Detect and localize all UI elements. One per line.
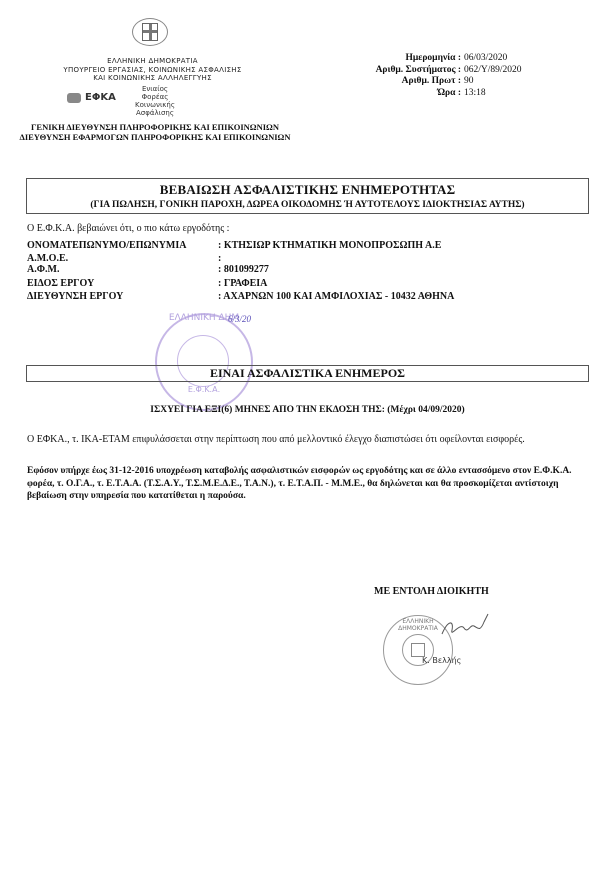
field-value: : ΚΤΗΣΙΩΡ ΚΤΗΜΑΤΙΚΗ ΜΟΝΟΠΡΟΣΩΠΗ Α.Ε	[218, 240, 441, 251]
signature-icon	[440, 612, 490, 642]
field-label: ΕΙΔΟΣ ΕΡΓΟΥ	[27, 278, 218, 289]
gov-line: ΚΑΙ ΚΟΙΝΩΝΙΚΗΣ ΑΛΛΗΛΕΓΓΥΗΣ	[0, 74, 305, 83]
gov-line: ΥΠΟΥΡΓΕΙΟ ΕΡΓΑΣΙΑΣ, ΚΟΙΝΩΝΙΚΗΣ ΑΣΦΑΛΙΣΗΣ	[0, 66, 305, 75]
meta-row-time: Ώρα : 13:18	[330, 88, 522, 100]
meta-row-date: Ημερομηνία : 06/03/2020	[330, 53, 522, 65]
signature-order: ΜΕ ΕΝΤΟΛΗ ΔΙΟΙΚΗΤΗ	[374, 586, 489, 597]
stamp-text: Ε.Φ.Κ.Α.	[157, 385, 251, 394]
field-project-type: ΕΙΔΟΣ ΕΡΓΟΥ : ΓΡΑΦΕΙΑ	[27, 275, 454, 289]
meta-label: Αριθμ. Πρωτ :	[330, 76, 464, 88]
directorate-line: ΓΕΝΙΚΗ ΔΙΕΥΘΥΝΣΗ ΠΛΗΡΟΦΟΡΙΚΗΣ ΚΑΙ ΕΠΙΚΟΙ…	[0, 122, 310, 132]
meta-value: 06/03/2020	[464, 53, 507, 65]
coat-of-arms-icon	[411, 643, 425, 657]
field-amoe: Α.Μ.Ο.Ε. :	[27, 251, 454, 265]
insurance-status: ΕΙΝΑΙ ΑΣΦΑΛΙΣΤΙΚΑ ΕΝΗΜΕΡΟΣ	[26, 365, 589, 382]
field-label: ΔΙΕΥΘΥΝΣΗ ΕΡΓΟΥ	[27, 291, 218, 302]
meta-value: 90	[464, 76, 474, 88]
handwritten-date: 6/3/20	[228, 314, 251, 324]
efka-logo-icon	[67, 93, 81, 103]
efka-subtitle-line: Ενιαίος	[130, 85, 180, 93]
field-value: : ΓΡΑΦΕΙΑ	[218, 278, 267, 289]
field-label: ΟΝΟΜΑΤΕΠΩΝΥΜΟ/ΕΠΩΝΥΜΙΑ	[27, 240, 218, 251]
gov-line: ΕΛΛΗΝΙΚΗ ΔΗΜΟΚΡΑΤΙΑ	[0, 57, 305, 66]
meta-row-protocol-number: Αριθμ. Πρωτ : 90	[330, 76, 522, 88]
document-meta: Ημερομηνία : 06/03/2020 Αριθμ. Συστήματο…	[330, 53, 522, 99]
certificate-title-box: ΒΕΒΑΙΩΣΗ ΑΣΦΑΛΙΣΤΙΚΗΣ ΕΝΗΜΕΡΟΤΗΤΑΣ (ΓΙΑ …	[26, 178, 589, 214]
employer-fields: ΟΝΟΜΑΤΕΠΩΝΥΜΟ/ΕΠΩΝΥΜΙΑ : ΚΤΗΣΙΩΡ ΚΤΗΜΑΤΙ…	[27, 237, 454, 302]
efka-subtitle-line: Ασφάλισης	[130, 109, 180, 117]
field-label: Α.Μ.Ο.Ε.	[27, 253, 218, 264]
government-lines: ΕΛΛΗΝΙΚΗ ΔΗΜΟΚΡΑΤΙΑ ΥΠΟΥΡΓΕΙΟ ΕΡΓΑΣΙΑΣ, …	[0, 57, 305, 83]
field-project-address: ΔΙΕΥΘΥΝΣΗ ΕΡΓΟΥ : ΑΧΑΡΝΩΝ 100 ΚΑΙ ΑΜΦΙΛΟ…	[27, 289, 454, 303]
disclaimer-paragraph: Ο ΕΦΚΑ., τ. ΙΚΑ-ΕΤΑΜ επιφυλάσσεται στην …	[27, 434, 587, 447]
efka-logo: ΕΦΚΑ	[67, 92, 116, 103]
meta-label: Αριθμ. Συστήματος :	[330, 65, 464, 77]
signer-name: Κ. Βελλής	[422, 656, 461, 665]
field-value: : ΑΧΑΡΝΩΝ 100 ΚΑΙ ΑΜΦΙΛΟΧΙΑΣ - 10432 ΑΘΗ…	[218, 291, 454, 302]
directorate-line: ΔΙΕΥΘΥΝΣΗ ΕΦΑΡΜΟΓΩΝ ΠΛΗΡΟΦΟΡΙΚΗΣ ΚΑΙ ΕΠΙ…	[0, 132, 310, 142]
validity-text: ΙΣΧΥΕΙ ΓΙΑ ΕΞΙ(6) ΜΗΝΕΣ ΑΠΟ ΤΗΝ ΕΚΔΟΣΗ Τ…	[0, 405, 615, 415]
meta-value: 13:18	[464, 88, 486, 100]
efka-subtitle: Ενιαίος Φορέας Κοινωνικής Ασφάλισης	[130, 85, 180, 117]
intro-text: Ο Ε.Φ.Κ.Α. βεβαιώνει ότι, ο πιο κάτω εργ…	[27, 223, 229, 234]
efka-stamp-icon: ΕΛΛΗΝΙΚΗ ΔΗΜ Ε.Φ.Κ.Α.	[155, 313, 253, 411]
obligation-paragraph: Εφόσον υπήρχε έως 31-12-2016 υποχρέωση κ…	[27, 465, 587, 503]
efka-logo-text: ΕΦΚΑ	[85, 92, 116, 103]
field-afm: Α.Φ.Μ. : 801099277	[27, 264, 454, 275]
field-value: : 801099277	[218, 264, 269, 275]
greek-coat-of-arms-icon	[132, 18, 168, 46]
meta-label: Ώρα :	[330, 88, 464, 100]
certificate-subtitle: (ΓΙΑ ΠΩΛΗΣΗ, ΓΟΝΙΚΗ ΠΑΡΟΧΗ, ΔΩΡΕΑ ΟΙΚΟΔΟ…	[27, 200, 588, 210]
meta-label: Ημερομηνία :	[330, 53, 464, 65]
field-name: ΟΝΟΜΑΤΕΠΩΝΥΜΟ/ΕΠΩΝΥΜΙΑ : ΚΤΗΣΙΩΡ ΚΤΗΜΑΤΙ…	[27, 237, 454, 251]
certificate-title: ΒΕΒΑΙΩΣΗ ΑΣΦΑΛΙΣΤΙΚΗΣ ΕΝΗΜΕΡΟΤΗΤΑΣ	[27, 182, 588, 198]
efka-subtitle-line: Φορέας	[130, 93, 180, 101]
efka-subtitle-line: Κοινωνικής	[130, 101, 180, 109]
field-label: Α.Φ.Μ.	[27, 264, 218, 275]
directorate-lines: ΓΕΝΙΚΗ ΔΙΕΥΘΥΝΣΗ ΠΛΗΡΟΦΟΡΙΚΗΣ ΚΑΙ ΕΠΙΚΟΙ…	[0, 122, 310, 142]
field-value: :	[218, 253, 221, 264]
meta-value: 062/Υ/89/2020	[464, 65, 522, 77]
meta-row-system-number: Αριθμ. Συστήματος : 062/Υ/89/2020	[330, 65, 522, 77]
